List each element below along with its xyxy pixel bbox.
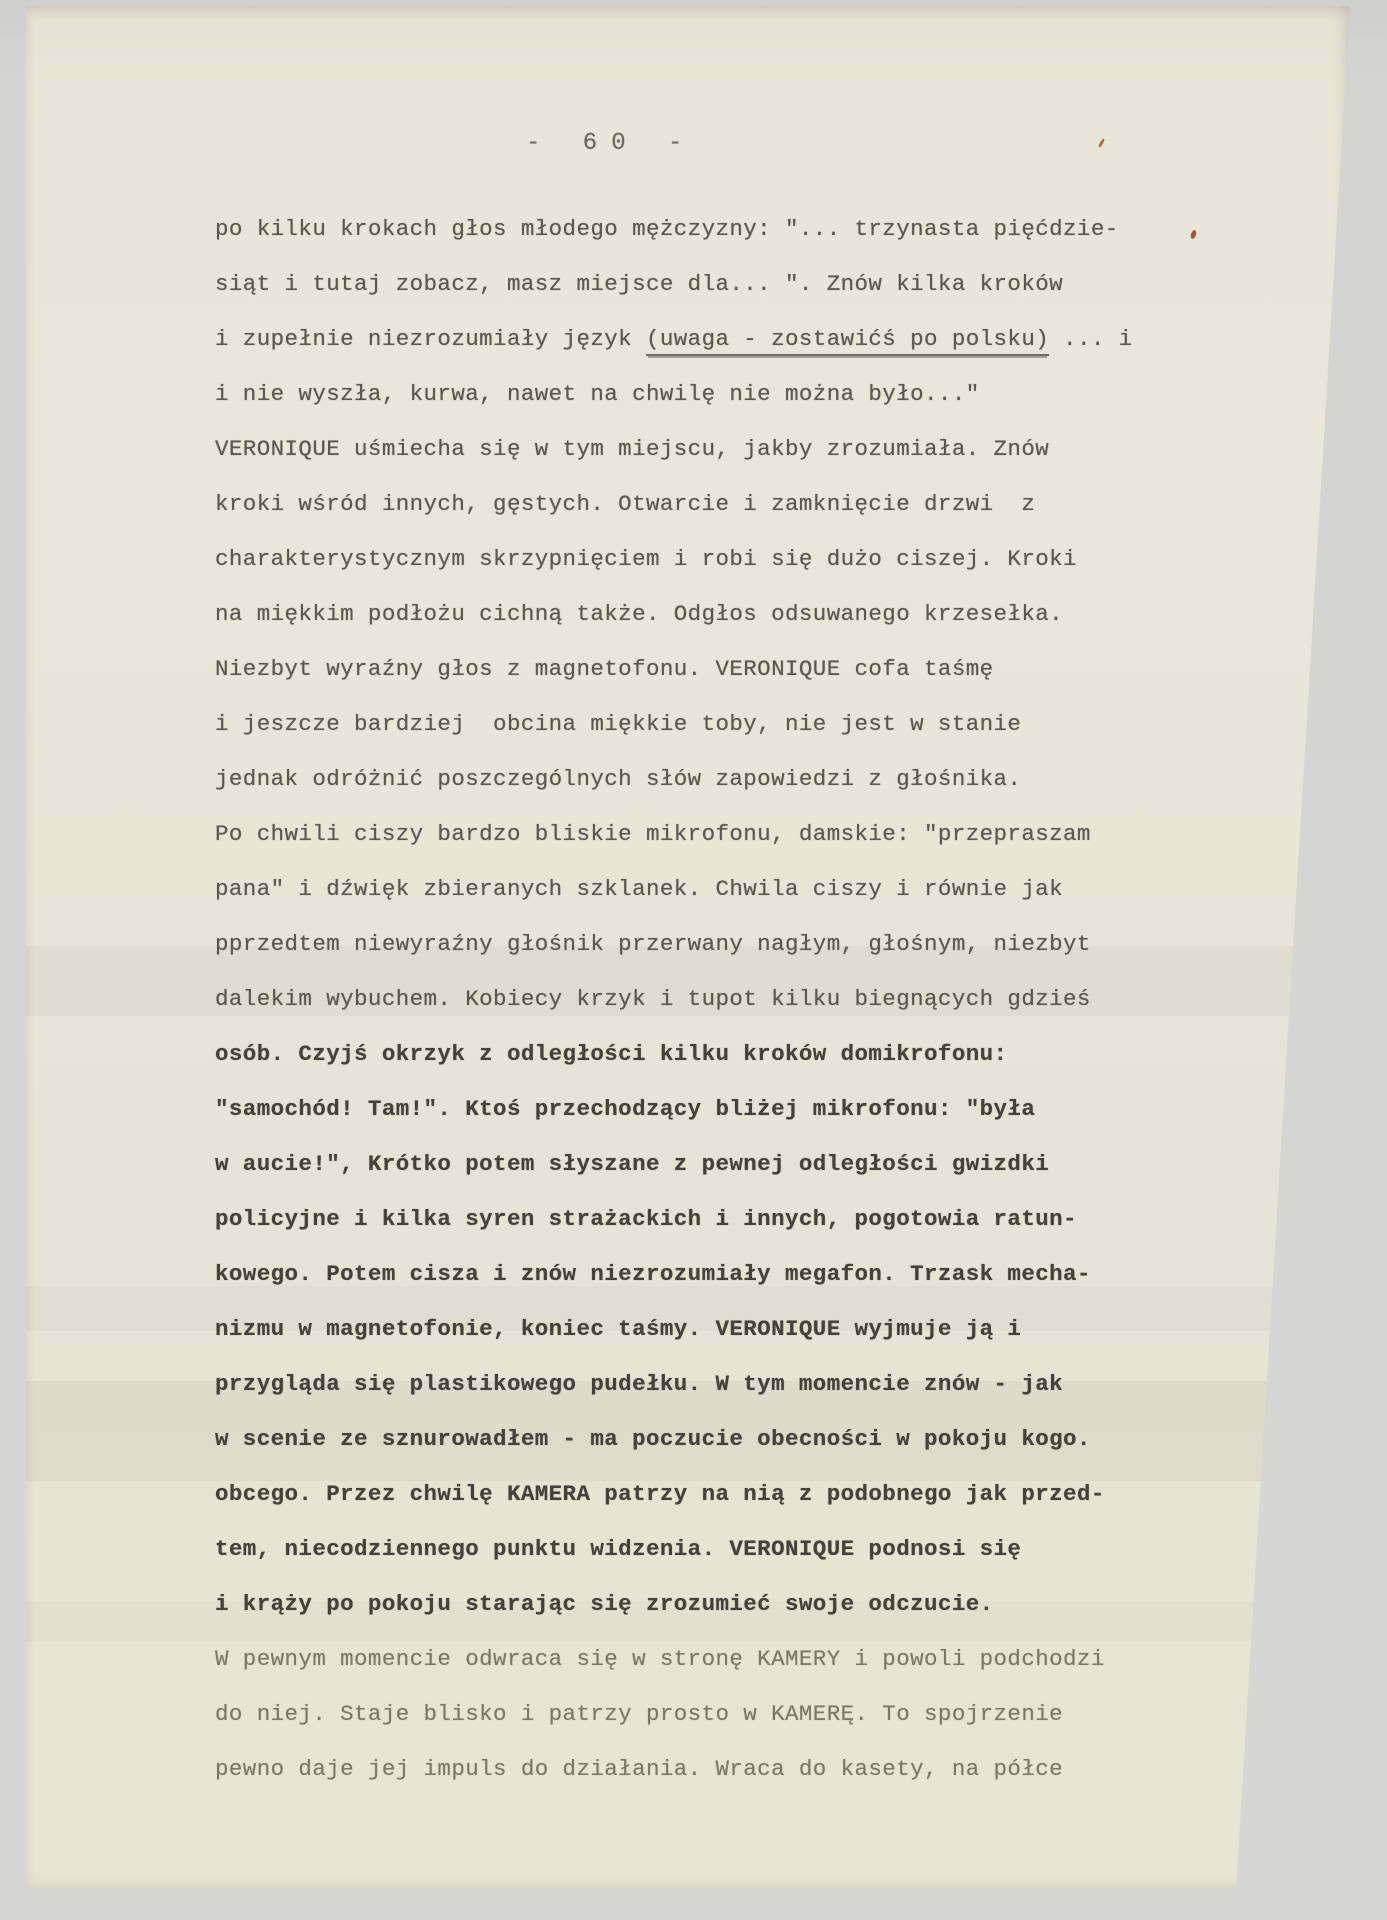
text-line: obcego. Przez chwilę KAMERA patrzy na ni… — [215, 1467, 1345, 1522]
text-line: i zupełnie niezrozumiały język (uwaga - … — [215, 312, 1345, 367]
text-line: charakterystycznym skrzypnięciem i robi … — [215, 532, 1345, 587]
text-line: i jeszcze bardziej obcina miękkie toby, … — [215, 697, 1345, 752]
text-line: W pewnym momencie odwraca się w stronę K… — [215, 1632, 1345, 1687]
text-line: tem, niecodziennego punktu widzenia. VER… — [215, 1522, 1345, 1577]
text-line: i nie wyszła, kurwa, nawet na chwilę nie… — [215, 367, 1345, 422]
text-line: przygląda się plastikowego pudełku. W ty… — [215, 1357, 1345, 1412]
paper-speck — [1098, 138, 1106, 148]
text-line: kroki wśród innych, gęstych. Otwarcie i … — [215, 477, 1345, 532]
text-line: i krąży po pokoju starając się zrozumieć… — [215, 1577, 1345, 1632]
text-line: Po chwili ciszy bardzo bliskie mikrofonu… — [215, 807, 1345, 862]
typewritten-text: po kilku krokach głos młodego mężczyzny:… — [215, 202, 1345, 1797]
text-line: kowego. Potem cisza i znów niezrozumiały… — [215, 1247, 1345, 1302]
text-line: po kilku krokach głos młodego mężczyzny:… — [215, 202, 1345, 257]
text-line: "samochód! Tam!". Ktoś przechodzący bliż… — [215, 1082, 1345, 1137]
text-line: pana" i dźwięk zbieranych szklanek. Chwi… — [215, 862, 1345, 917]
text-line: Niezbyt wyraźny głos z magnetofonu. VERO… — [215, 642, 1345, 697]
text-line: w scenie ze sznurowadłem - ma poczucie o… — [215, 1412, 1345, 1467]
text-line: VERONIQUE uśmiecha się w tym miejscu, ja… — [215, 422, 1345, 477]
scan-background: - 60 - po kilku krokach głos młodego męż… — [0, 0, 1387, 1920]
paper-sheet: - 60 - po kilku krokach głos młodego męż… — [26, 6, 1350, 1888]
page-number: - 60 - — [526, 130, 696, 157]
text-line: pewno daje jej impuls do działania. Wrac… — [215, 1742, 1345, 1797]
text-line: do niej. Staje blisko i patrzy prosto w … — [215, 1687, 1345, 1742]
text-line: w aucie!", Krótko potem słyszane z pewne… — [215, 1137, 1345, 1192]
text-line: osób. Czyjś okrzyk z odległości kilku kr… — [215, 1027, 1345, 1082]
text-line: jednak odróżnić poszczególnych słów zapo… — [215, 752, 1345, 807]
underlined-note: (uwaga - zostawićś po polsku) — [646, 326, 1049, 356]
text-line: dalekim wybuchem. Kobiecy krzyk i tupot … — [215, 972, 1345, 1027]
text-line: na miękkim podłożu cichną także. Odgłos … — [215, 587, 1345, 642]
text-line: pprzedtem niewyraźny głośnik przerwany n… — [215, 917, 1345, 972]
text-line: siąt i tutaj zobacz, masz miejsce dla...… — [215, 257, 1345, 312]
text-line: nizmu w magnetofonie, koniec taśmy. VERO… — [215, 1302, 1345, 1357]
text-line: policyjne i kilka syren strażackich i in… — [215, 1192, 1345, 1247]
